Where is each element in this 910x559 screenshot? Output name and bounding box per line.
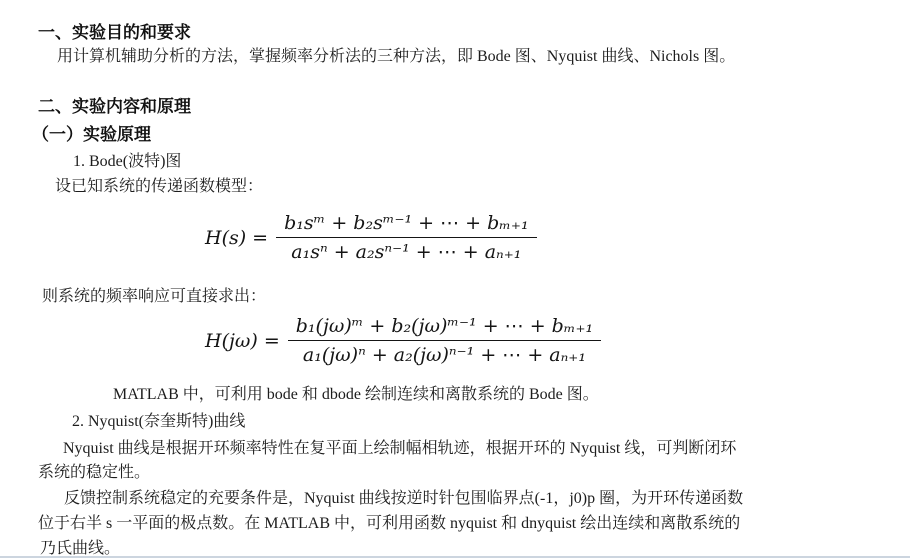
document-page: 一、实验目的和要求 用计算机辅助分析的方法，掌握频率分析法的三种方法，即 Bod…	[0, 0, 910, 559]
formula2-numerator: b₁(jω)ᵐ + b₂(jω)ᵐ⁻¹ + ⋯ + bₘ₊₁	[288, 315, 601, 341]
frequency-response-intro-line: 则系统的频率响应可直接求出：	[42, 287, 266, 307]
section-1-heading: 一、实验目的和要求	[38, 22, 191, 43]
formula1-fraction: b₁sᵐ + b₂sᵐ⁻¹ + ⋯ + bₘ₊₁ a₁sⁿ + a₂sⁿ⁻¹ +…	[276, 212, 536, 263]
matlab-bode-line: MATLAB 中，可利用 bode 和 dbode 绘制连续和离散系统的 Bod…	[113, 385, 599, 405]
transfer-function-intro-line: 设已知系统的传递函数模型：	[55, 177, 263, 197]
formula1-lhs: H(s) =	[205, 227, 268, 249]
feedback-paragraph-line-2: 位于右半 s 一平面的极点数。在 MATLAB 中，可利用函数 nyquist …	[38, 514, 740, 534]
formula1-denominator: a₁sⁿ + a₂sⁿ⁻¹ + ⋯ + aₙ₊₁	[276, 238, 536, 263]
formula1-numerator: b₁sᵐ + b₂sᵐ⁻¹ + ⋯ + bₘ₊₁	[276, 212, 536, 238]
list-item-bode: 1. Bode(波特)图	[73, 152, 181, 172]
formula2-lhs: H(jω) =	[205, 330, 280, 352]
formula2-fraction: b₁(jω)ᵐ + b₂(jω)ᵐ⁻¹ + ⋯ + bₘ₊₁ a₁(jω)ⁿ +…	[288, 315, 601, 366]
formula2-denominator: a₁(jω)ⁿ + a₂(jω)ⁿ⁻¹ + ⋯ + aₙ₊₁	[288, 341, 601, 366]
page-bottom-rule	[0, 556, 910, 558]
section-2-subheading: （一）实验原理	[32, 124, 151, 145]
transfer-function-formula: H(s) = b₁sᵐ + b₂sᵐ⁻¹ + ⋯ + bₘ₊₁ a₁sⁿ + a…	[205, 212, 537, 263]
nyquist-paragraph-line-2: 系统的稳定性。	[38, 463, 150, 483]
section-2-heading: 二、实验内容和原理	[38, 96, 191, 117]
section-1-paragraph: 用计算机辅助分析的方法，掌握频率分析法的三种方法，即 Bode 图、Nyquis…	[57, 47, 735, 67]
list-item-nyquist: 2. Nyquist(奈奎斯特)曲线	[72, 412, 245, 432]
feedback-paragraph-line-1: 反馈控制系统稳定的充要条件是，Nyquist 曲线按逆时针包围临界点(-1，j0…	[64, 489, 743, 509]
frequency-response-formula: H(jω) = b₁(jω)ᵐ + b₂(jω)ᵐ⁻¹ + ⋯ + bₘ₊₁ a…	[205, 315, 601, 366]
nyquist-paragraph-line-1: Nyquist 曲线是根据开环频率特性在复平面上绘制幅相轨迹，根据开环的 Nyq…	[63, 439, 736, 459]
